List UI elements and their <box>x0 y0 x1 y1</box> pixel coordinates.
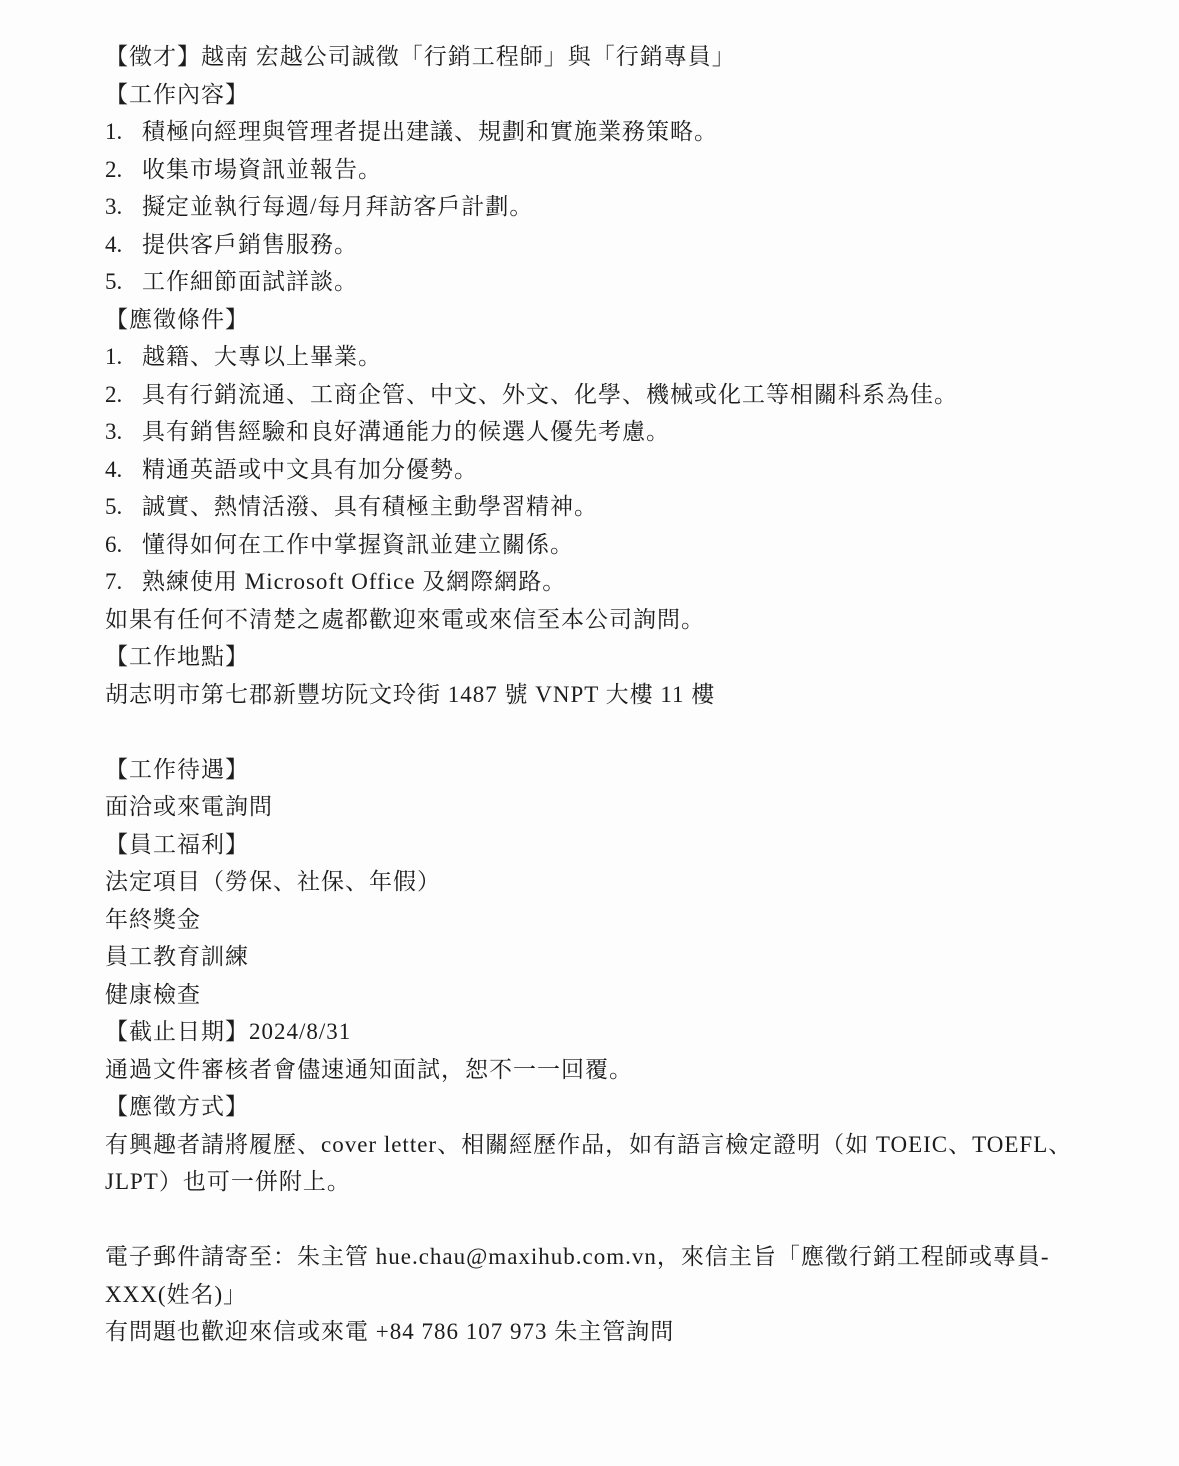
text-line: 有問題也歡迎來信或來電 +84 786 107 973 朱主管詢問 <box>105 1313 1119 1351</box>
list-item-text: 懂得如何在工作中掌握資訊並建立關係。 <box>142 532 574 557</box>
document-page: 【徵才】越南 宏越公司誠徵「行銷工程師」與「行銷專員」【工作內容】1.積極向經理… <box>0 0 1179 1466</box>
section-heading: 【工作地點】 <box>105 638 1119 676</box>
list-item: 1.積極向經理與管理者提出建議、規劃和實施業務策略。 <box>105 113 1119 151</box>
list-item-number: 1. <box>105 113 142 151</box>
section-heading: 【截止日期】2024/8/31 <box>105 1013 1119 1051</box>
text-line: XXX(姓名)」 <box>105 1276 1119 1314</box>
list-item: 2.具有行銷流通、工商企管、中文、外文、化學、機械或化工等相關科系為佳。 <box>105 376 1119 414</box>
list-item-text: 越籍、大專以上畢業。 <box>142 344 382 369</box>
list-item-number: 6. <box>105 526 142 564</box>
blank-line <box>105 1201 1119 1239</box>
text-line: 胡志明市第七郡新豐坊阮文玲街 1487 號 VNPT 大樓 11 樓 <box>105 676 1119 714</box>
list-item-number: 3. <box>105 413 142 451</box>
list-item-text: 具有銷售經驗和良好溝通能力的候選人優先考慮。 <box>142 419 670 444</box>
text-line: JLPT）也可一併附上。 <box>105 1163 1119 1201</box>
list-item-number: 2. <box>105 151 142 189</box>
list-item-number: 3. <box>105 188 142 226</box>
text-line: 電子郵件請寄至：朱主管 hue.chau@maxihub.com.vn，來信主旨… <box>105 1238 1119 1276</box>
list-item-text: 提供客戶銷售服務。 <box>142 232 358 257</box>
list-item-text: 誠實、熱情活潑、具有積極主動學習精神。 <box>142 494 598 519</box>
text-line: 法定項目（勞保、社保、年假） <box>105 863 1119 901</box>
list-item: 7.熟練使用 Microsoft Office 及網際網路。 <box>105 563 1119 601</box>
text-line: 年終獎金 <box>105 901 1119 939</box>
list-item: 6.懂得如何在工作中掌握資訊並建立關係。 <box>105 526 1119 564</box>
list-item: 4.精通英語或中文具有加分優勢。 <box>105 451 1119 489</box>
list-item-text: 收集市場資訊並報告。 <box>142 157 382 182</box>
list-item: 5.工作細節面試詳談。 <box>105 263 1119 301</box>
section-heading: 【應徵條件】 <box>105 301 1119 339</box>
list-item: 3.具有銷售經驗和良好溝通能力的候選人優先考慮。 <box>105 413 1119 451</box>
text-line: 員工教育訓練 <box>105 938 1119 976</box>
text-line: 有興趣者請將履歷、cover letter、相關經歷作品，如有語言檢定證明（如 … <box>105 1126 1119 1164</box>
blank-line <box>105 713 1119 751</box>
list-item-number: 1. <box>105 338 142 376</box>
list-item: 2.收集市場資訊並報告。 <box>105 151 1119 189</box>
section-heading: 【應徵方式】 <box>105 1088 1119 1126</box>
list-item-text: 擬定並執行每週/每月拜訪客戶計劃。 <box>142 194 533 219</box>
text-line: 面洽或來電詢問 <box>105 788 1119 826</box>
section-heading: 【工作內容】 <box>105 76 1119 114</box>
list-item-text: 具有行銷流通、工商企管、中文、外文、化學、機械或化工等相關科系為佳。 <box>142 382 958 407</box>
list-item-number: 5. <box>105 263 142 301</box>
section-heading: 【工作待遇】 <box>105 751 1119 789</box>
list-item-text: 積極向經理與管理者提出建議、規劃和實施業務策略。 <box>142 119 718 144</box>
list-item: 5.誠實、熱情活潑、具有積極主動學習精神。 <box>105 488 1119 526</box>
section-heading: 【徵才】越南 宏越公司誠徵「行銷工程師」與「行銷專員」 <box>105 38 1119 76</box>
list-item-text: 工作細節面試詳談。 <box>142 269 358 294</box>
list-item-number: 7. <box>105 563 142 601</box>
list-item: 1.越籍、大專以上畢業。 <box>105 338 1119 376</box>
list-item-number: 4. <box>105 226 142 264</box>
text-line: 健康檢查 <box>105 976 1119 1014</box>
list-item: 3.擬定並執行每週/每月拜訪客戶計劃。 <box>105 188 1119 226</box>
list-item-text: 熟練使用 Microsoft Office 及網際網路。 <box>142 569 566 594</box>
text-line: 通過文件審核者會儘速通知面試，恕不一一回覆。 <box>105 1051 1119 1089</box>
list-item-number: 5. <box>105 488 142 526</box>
list-item-number: 2. <box>105 376 142 414</box>
section-heading: 【員工福利】 <box>105 826 1119 864</box>
document-body: 【徵才】越南 宏越公司誠徵「行銷工程師」與「行銷專員」【工作內容】1.積極向經理… <box>105 38 1119 1351</box>
list-item-number: 4. <box>105 451 142 489</box>
text-line: 如果有任何不清楚之處都歡迎來電或來信至本公司詢問。 <box>105 601 1119 639</box>
list-item: 4.提供客戶銷售服務。 <box>105 226 1119 264</box>
list-item-text: 精通英語或中文具有加分優勢。 <box>142 457 478 482</box>
